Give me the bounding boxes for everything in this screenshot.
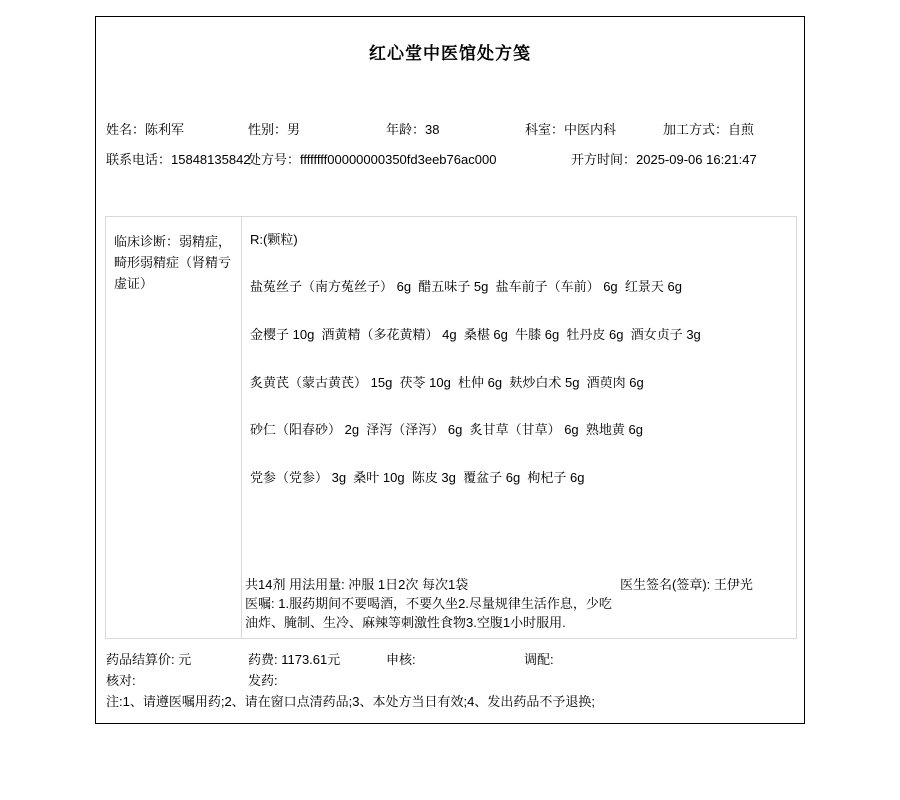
medicine-fee-field: 药费: 1173.61元 xyxy=(248,652,340,668)
prescription-number: 处方号：ffffffff00000000350fd3eeb76ac000 xyxy=(248,152,496,168)
dispense-field: 发药: xyxy=(248,673,278,689)
prescription-table: 临床诊断：弱精症，畸形弱精症（肾精亏虚证） R:(颗粒) 盐菟丝子（南方菟丝子）… xyxy=(105,216,797,639)
settlement-price-field: 药品结算价: 元 xyxy=(106,652,191,668)
rx-line: 盐菟丝子（南方菟丝子） 6g 醋五味子 5g 盐车前子（车前） 6g 红景天 6… xyxy=(250,279,682,295)
rx-line: 党参（党参） 3g 桑叶 10g 陈皮 3g 覆盆子 6g 枸杞子 6g xyxy=(250,470,584,486)
page-title: 红心堂中医馆处方笺 xyxy=(96,39,804,64)
footer-note: 注:1、请遵医嘱用药;2、请在窗口点清药品;3、本处方当日有效;4、发出药品不予… xyxy=(106,694,595,710)
diagnosis-text: 临床诊断：弱精症，畸形弱精症（肾精亏虚证） xyxy=(114,231,238,294)
patient-phone: 联系电话：15848135842 xyxy=(106,152,251,168)
prescription-time: 开方时间：2025-09-06 16:21:47 xyxy=(571,152,757,168)
patient-age: 年龄：38 xyxy=(386,122,439,138)
check-field: 核对: xyxy=(106,673,136,689)
doctor-signature: 医生签名(签章): 王伊光 xyxy=(620,577,753,593)
dosage-line: 共14剂 用法用量: 冲服 1日2次 每次1袋 xyxy=(245,577,468,593)
compound-field: 调配: xyxy=(524,652,554,668)
review-field: 申核: xyxy=(386,652,416,668)
prescription-sheet: 红心堂中医馆处方笺 姓名：陈利军 性别：男 年龄：38 科室：中医内科 加工方式… xyxy=(95,16,805,724)
rx-line: 金樱子 10g 酒黄精（多花黄精） 4g 桑椹 6g 牛膝 6g 牡丹皮 6g … xyxy=(250,327,701,343)
patient-gender: 性别：男 xyxy=(248,122,300,138)
patient-department: 科室：中医内科 xyxy=(525,122,616,138)
medical-advice-line-2: 油炸、腌制、生冷、麻辣等刺激性食物3.空腹1小时服用. xyxy=(245,615,566,631)
rx-line: 炙黄芪（蒙古黄芪） 15g 茯苓 10g 杜仲 6g 麸炒白术 5g 酒萸肉 6… xyxy=(250,375,644,391)
diagnosis-cell: 临床诊断：弱精症，畸形弱精症（肾精亏虚证） xyxy=(106,217,242,638)
rx-line: 砂仁（阳春砂） 2g 泽泻（泽泻） 6g 炙甘草（甘草） 6g 熟地黄 6g xyxy=(250,422,643,438)
medical-advice-line-1: 医嘱: 1.服药期间不要喝酒，不要久坐2.尽量规律生活作息，少吃 xyxy=(245,596,612,612)
patient-name: 姓名：陈利军 xyxy=(106,122,184,138)
rx-header: R:(颗粒) xyxy=(250,232,298,248)
processing-method: 加工方式：自煎 xyxy=(663,122,754,138)
